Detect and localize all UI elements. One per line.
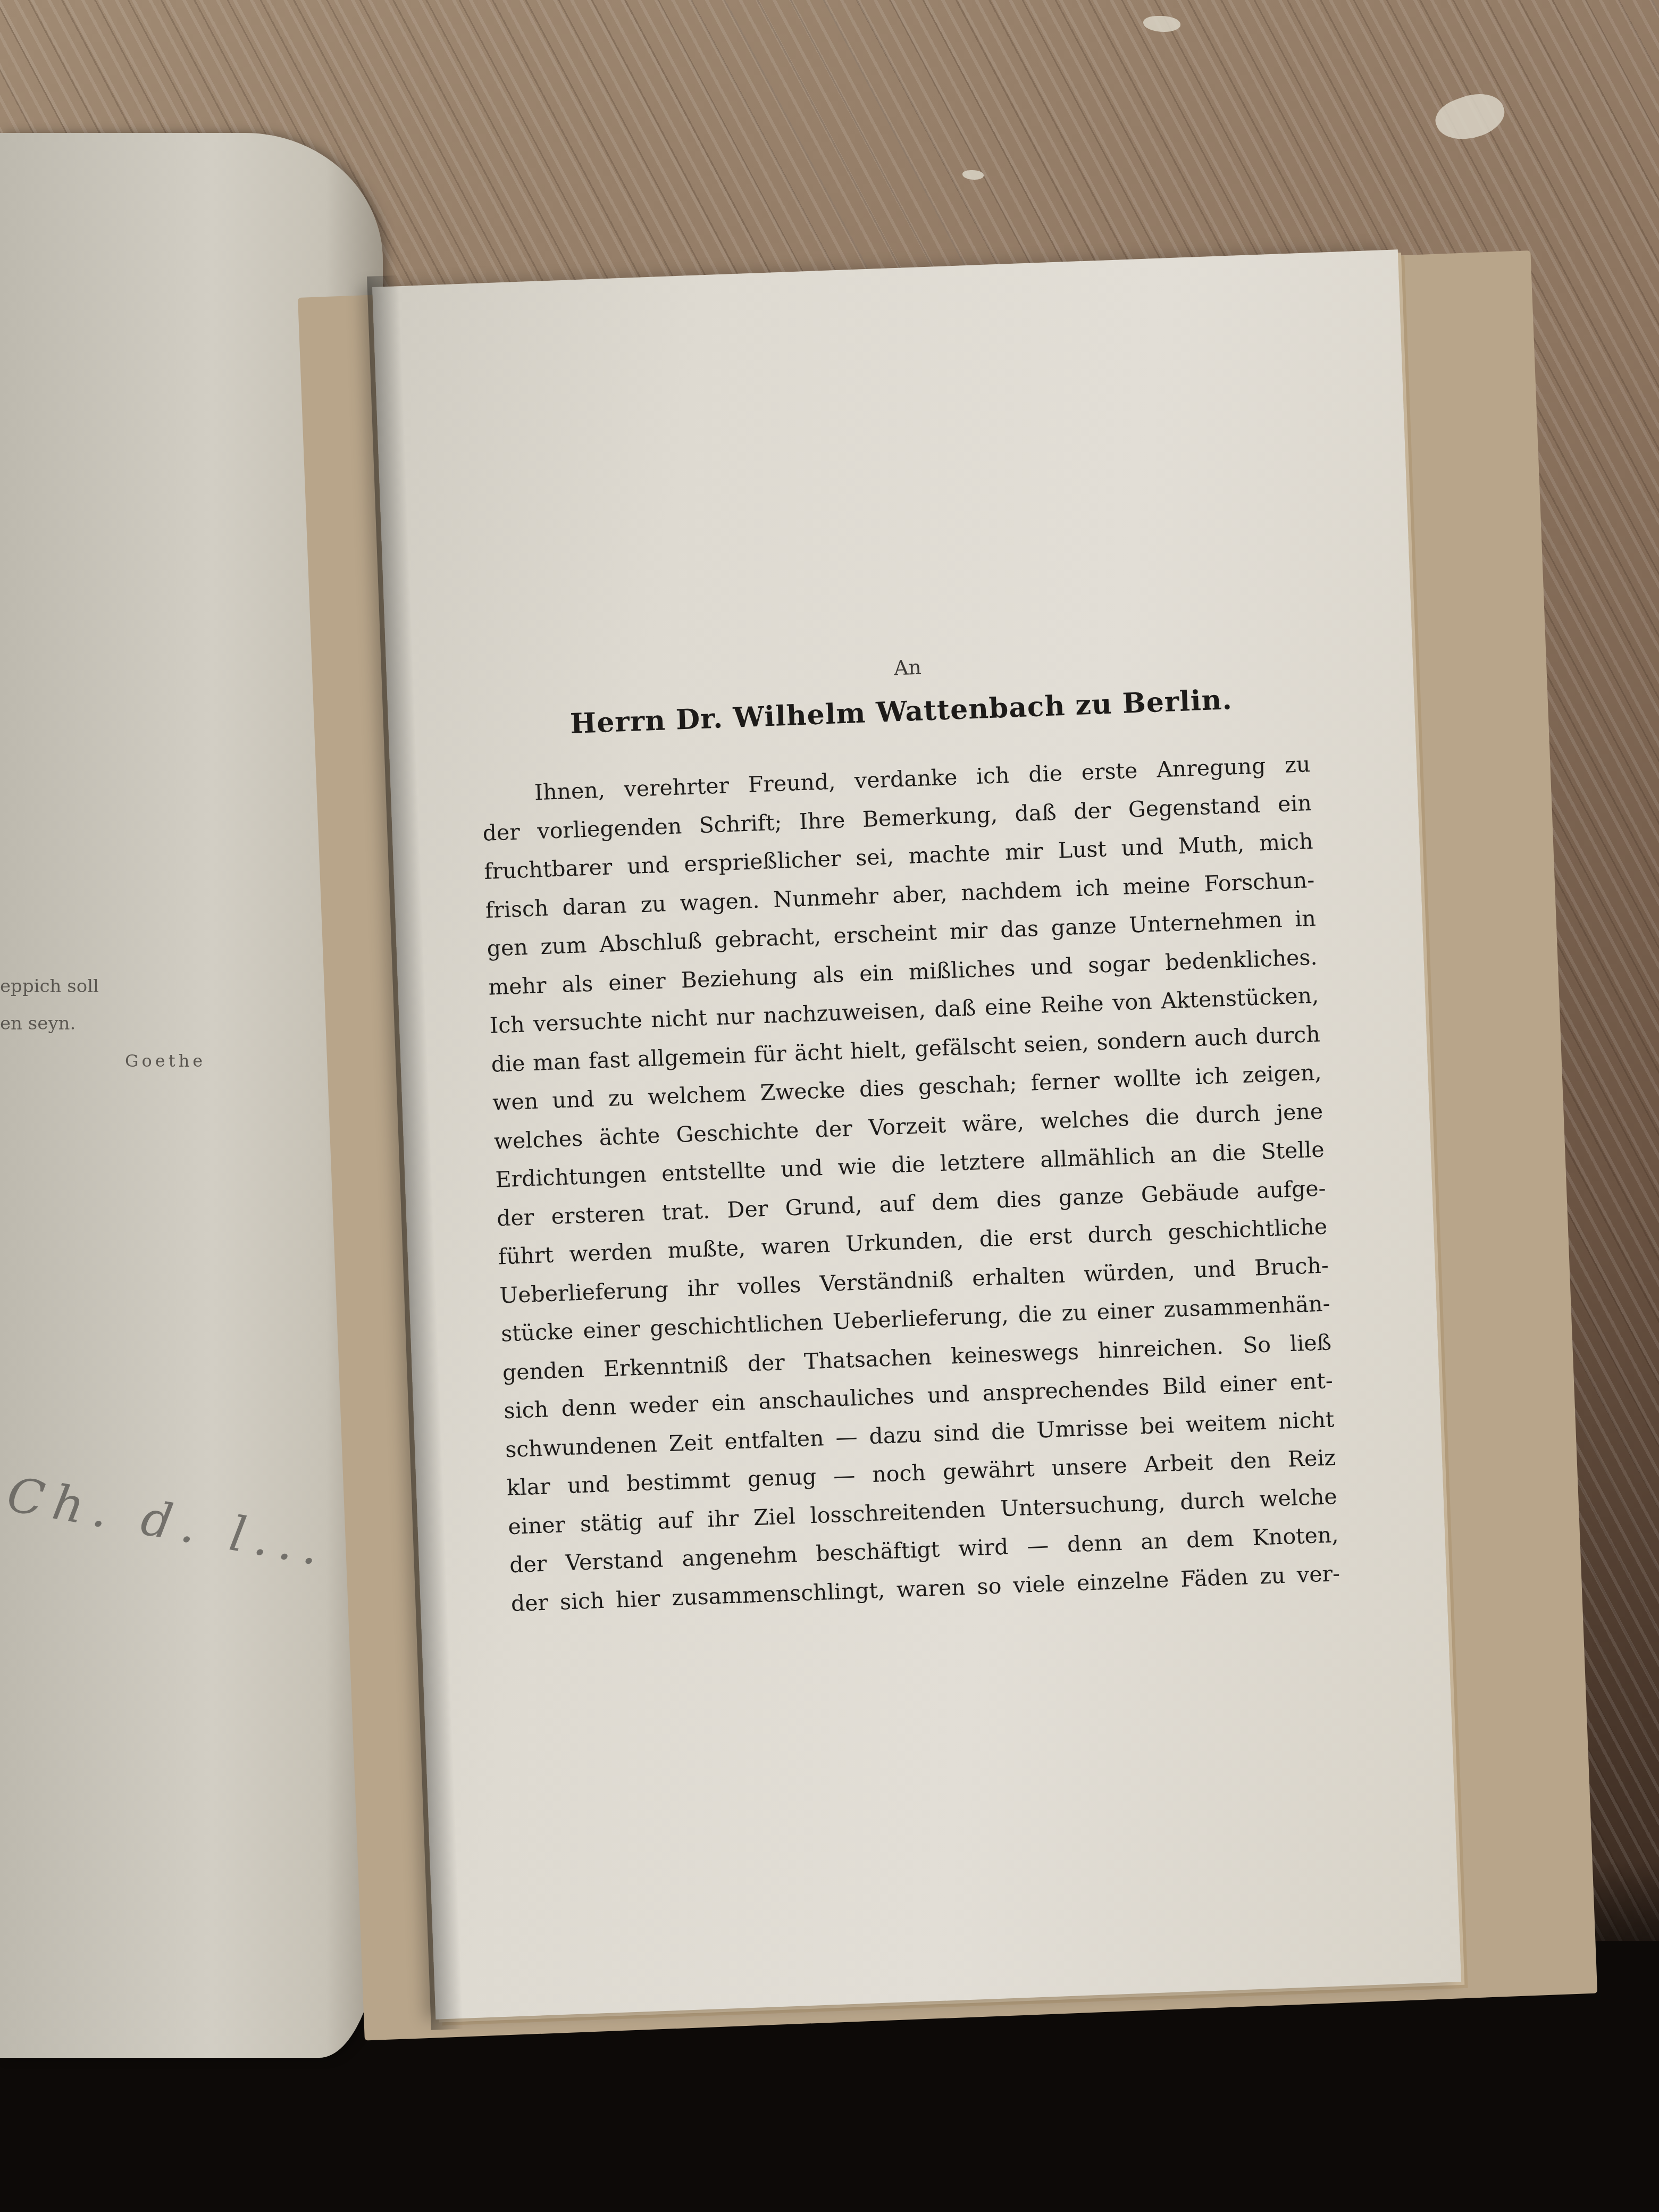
epigraph: eppich soll en seyn. Goethe [0, 968, 223, 1079]
handwritten-note: Ch. d. l... [3, 1467, 333, 1578]
right-page: An Herrn Dr. Wilhelm Wattenbach zu Berli… [372, 249, 1461, 2020]
dedication-text: An Herrn Dr. Wilhelm Wattenbach zu Berli… [477, 641, 1341, 1623]
addressee-title: Dr. [675, 702, 724, 736]
epigraph-line: en seyn. [0, 1005, 223, 1042]
addressee-name: Wilhelm Wattenbach [733, 690, 1066, 734]
addressee-prefix: Herrn [569, 704, 666, 740]
epigraph-attribution: Goethe [0, 1042, 223, 1079]
addressee-suffix: zu Berlin. [1075, 683, 1233, 722]
body-paragraph: Ihnen, verehrter Freund, verdanke ich di… [481, 745, 1340, 1623]
epigraph-line: eppich soll [0, 968, 223, 1005]
